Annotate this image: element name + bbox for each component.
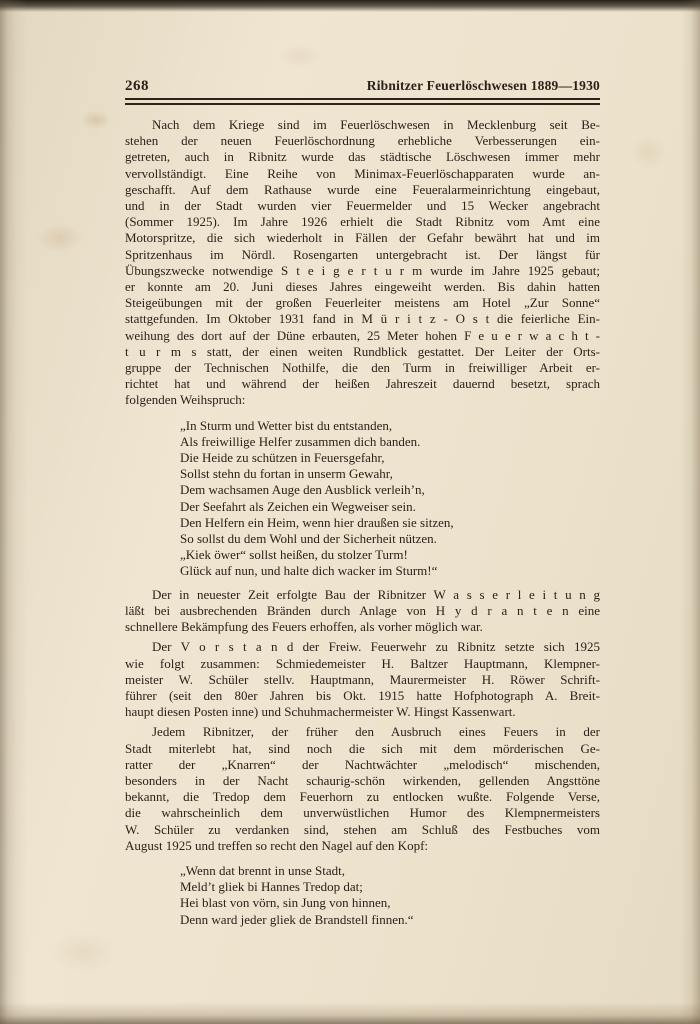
text-line: Motorspritze, die sich wiederholt in Fäl… xyxy=(125,230,600,246)
text-line: Als freiwillige Helfer zusammen dich ban… xyxy=(180,434,600,450)
paragraph: Der V o r s t a n d der Freiw. Feuerwehr… xyxy=(125,639,600,720)
text-line: Der in neuester Zeit erfolgte Bau der Ri… xyxy=(125,587,600,603)
text-line: läßt bei ausbrechenden Bränden durch Anl… xyxy=(125,603,600,619)
text-line: schnellere Bekämpfung des Feuers erhoffe… xyxy=(125,619,600,635)
text-line: geschafft. Auf dem Rathause wurde eine F… xyxy=(125,182,600,198)
page-edge-left xyxy=(0,0,28,1024)
running-title: Ribnitzer Feuerlöschwesen 1889—1930 xyxy=(367,78,600,94)
page-content: 268 Ribnitzer Feuerlöschwesen 1889—1930 … xyxy=(125,78,600,935)
verse-block: „In Sturm und Wetter bist du entstanden,… xyxy=(180,418,600,580)
text-line: besonders in der Nacht schaurig-schön wi… xyxy=(125,773,600,789)
text-line: Der V o r s t a n d der Freiw. Feuerwehr… xyxy=(125,639,600,655)
text-line: er konnte am 20. Juni dieses Jahres eing… xyxy=(125,279,600,295)
text-line: Meld’t gliek bi Hannes Tredop dat; xyxy=(180,879,600,895)
verse-block: „Wenn dat brennt in unse Stadt,Meld’t gl… xyxy=(180,863,600,928)
text-line: haupt diesen Posten inne) und Schuhmache… xyxy=(125,704,600,720)
text-line: ratter der „Knarren“ der Nachtwächter „m… xyxy=(125,757,600,773)
text-line: Übungszwecke notwendige S t e i g e r t … xyxy=(125,263,600,279)
text-line: Spritzenhaus im Nördl. Rosengarten unter… xyxy=(125,247,600,263)
text-line: Glück auf nun, und halte dich wacker im … xyxy=(180,563,600,579)
text-line: Die Heide zu schützen in Feuersgefahr, xyxy=(180,450,600,466)
text-line: richtet hat und während der heißen Jahre… xyxy=(125,376,600,392)
text-line: Jedem Ribnitzer, der früher den Ausbruch… xyxy=(125,724,600,740)
page-edge-right xyxy=(680,0,700,1024)
text-line: Dem wachsamen Auge den Ausblick verleih’… xyxy=(180,482,600,498)
text-line: Sollst stehn du fortan in unserm Gewahr, xyxy=(180,466,600,482)
text-line: und in der Stadt wurden vier Feuermelder… xyxy=(125,198,600,214)
text-line: „Kiek öwer“ sollst heißen, du stolzer Tu… xyxy=(180,547,600,563)
text-block: Nach dem Kriege sind im Feuerlöschwesen … xyxy=(125,117,600,928)
text-line: stattgefunden. Im Oktober 1931 fand in M… xyxy=(125,311,600,327)
text-line: Hei blast von vörn, sin Jung von hinnen, xyxy=(180,895,600,911)
page-edge-top xyxy=(0,0,700,12)
text-line: „Wenn dat brennt in unse Stadt, xyxy=(180,863,600,879)
text-line: t u r m s statt, der einen weiten Rundbl… xyxy=(125,344,600,360)
text-line: Der Seefahrt als Zeichen ein Wegweiser s… xyxy=(180,499,600,515)
paragraph: Der in neuester Zeit erfolgte Bau der Ri… xyxy=(125,587,600,636)
text-line: die wahrscheinlich dem unverwüstlichen H… xyxy=(125,805,600,821)
header-rule xyxy=(125,98,600,105)
text-line: Den Helfern ein Heim, wenn hier draußen … xyxy=(180,515,600,531)
text-line: So sollst du dem Wohl und der Sicherheit… xyxy=(180,531,600,547)
text-line: wie folgt zusammen: Schmiedemeister H. B… xyxy=(125,656,600,672)
page-number: 268 xyxy=(125,78,149,95)
text-line: „In Sturm und Wetter bist du entstanden, xyxy=(180,418,600,434)
text-line: gruppe der Technischen Nothilfe, die den… xyxy=(125,360,600,376)
text-line: vervollständigt. Eine Reihe von Minimax-… xyxy=(125,166,600,182)
scanned-book-page: 268 Ribnitzer Feuerlöschwesen 1889—1930 … xyxy=(0,0,700,1024)
paragraph: Nach dem Kriege sind im Feuerlöschwesen … xyxy=(125,117,600,409)
text-line: stehen der neuen Feuerlöschordnung erheb… xyxy=(125,133,600,149)
text-line: meister W. Schüler stellv. Hauptmann, Ma… xyxy=(125,672,600,688)
text-line: August 1925 und treffen so recht den Nag… xyxy=(125,838,600,854)
text-line: getreten, auch in Ribnitz wurde das städ… xyxy=(125,149,600,165)
text-line: folgenden Weihspruch: xyxy=(125,392,600,408)
paragraph: Jedem Ribnitzer, der früher den Ausbruch… xyxy=(125,724,600,854)
text-line: bekannt, die Tredop dem Feuerhorn zu ent… xyxy=(125,789,600,805)
text-line: weihung des dort auf der Düne erbauten, … xyxy=(125,328,600,344)
page-header: 268 Ribnitzer Feuerlöschwesen 1889—1930 xyxy=(125,78,600,95)
text-line: Nach dem Kriege sind im Feuerlöschwesen … xyxy=(125,117,600,133)
text-line: führer (seit den 80er Jahren bis Okt. 19… xyxy=(125,688,600,704)
text-line: Stadt miterlebt hat, sind noch die sich … xyxy=(125,741,600,757)
text-line: Denn ward jeder gliek de Brandstell finn… xyxy=(180,912,600,928)
text-line: Steigeübungen mit der großen Feuerleiter… xyxy=(125,295,600,311)
text-line: W. Schüler zu verdanken sind, stehen am … xyxy=(125,822,600,838)
page-edge-bottom xyxy=(0,1002,700,1024)
text-line: (Sommer 1925). Im Jahre 1926 erhielt die… xyxy=(125,214,600,230)
